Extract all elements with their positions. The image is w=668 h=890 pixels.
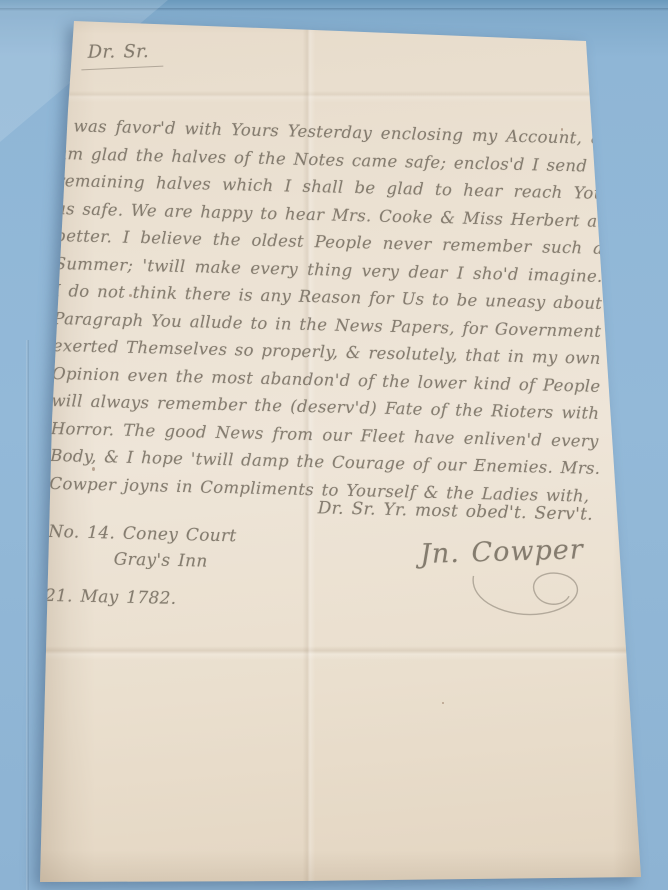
salutation-underline xyxy=(81,66,163,71)
letter-paper-shadow: Dr. Sr. I was favor'd with Yours Yesterd… xyxy=(0,0,668,890)
photograph-of-letter: Dr. Sr. I was favor'd with Yours Yesterd… xyxy=(0,0,668,890)
letter-paper: Dr. Sr. I was favor'd with Yours Yesterd… xyxy=(0,0,668,890)
address-line-1: No. 14. Coney Court xyxy=(48,522,237,546)
signature-flourish xyxy=(464,562,595,623)
foxing-speck xyxy=(442,702,444,704)
letter-body: I was favor'd with Yours Yesterday enclo… xyxy=(49,112,606,510)
salutation: Dr. Sr. xyxy=(88,41,150,63)
handwritten-letter-text: Dr. Sr. I was favor'd with Yours Yesterd… xyxy=(43,40,610,693)
date-line: 21. May 1782. xyxy=(45,586,177,609)
address-line-2: Gray's Inn xyxy=(114,549,208,571)
